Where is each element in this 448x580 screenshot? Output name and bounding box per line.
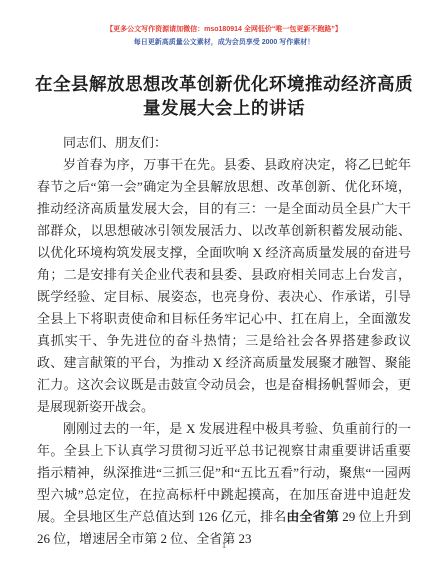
paragraph-2: 刚刚过去的一年，是 X 发展进程中极具考验、负重前行的一年。全县上下认真学习贯彻…	[37, 418, 411, 550]
promo-line-red: 【更多公文写作资源请加微信：mso180914 全网低价“唯一包更新不跑路”】	[0, 24, 448, 35]
page-number: 1	[0, 540, 448, 550]
document-title: 在全县解放思想改革创新优化环境推动经济高质量发展大会上的讲话	[30, 72, 418, 120]
document-body: 同志们、朋友们： 岁首春为序，万事干在先。县委、县政府决定，将乙巳蛇年春节之后“…	[37, 132, 411, 550]
promo-header: 【更多公文写作资源请加微信：mso180914 全网低价“唯一包更新不跑路”】 …	[0, 0, 448, 48]
paragraph-2-bold-text: 由全省第	[286, 509, 339, 524]
salutation: 同志们、朋友们：	[37, 132, 411, 154]
promo-line-blue: 每日更新高质量公文素材，成为会员享受 2000 写作素材！	[0, 37, 448, 48]
document-page: 【更多公文写作资源请加微信：mso180914 全网低价“唯一包更新不跑路”】 …	[0, 0, 448, 580]
paragraph-1: 岁首春为序，万事干在先。县委、县政府决定，将乙巳蛇年春节之后“第一会”确定为全县…	[37, 154, 411, 418]
